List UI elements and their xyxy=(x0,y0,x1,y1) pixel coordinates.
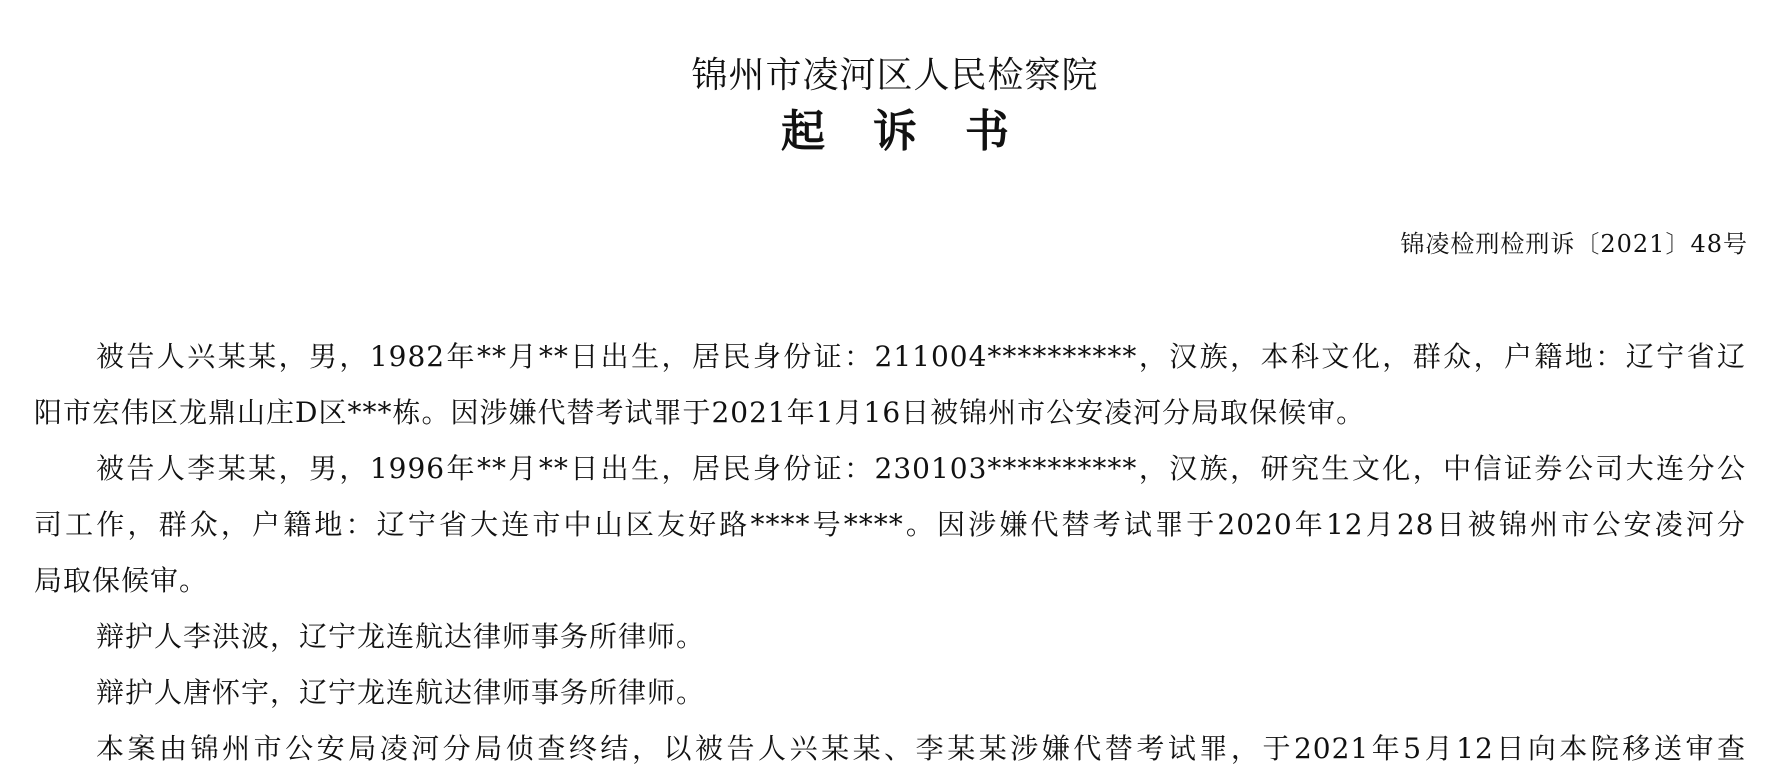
paragraph-defender-2: 辩护人唐怀宇，辽宁龙连航达律师事务所律师。 xyxy=(34,665,1746,721)
text-line: 被告人兴某某，男，1982年**月**日出生，居民身份证：211004*****… xyxy=(34,329,1746,385)
organization-name: 锦州市凌河区人民检察院 xyxy=(0,52,1790,100)
paragraph-defendant-1: 被告人兴某某，男，1982年**月**日出生，居民身份证：211004*****… xyxy=(34,329,1746,441)
text-line: 辩护人唐怀宇，辽宁龙连航达律师事务所律师。 xyxy=(34,665,1746,721)
paragraph-defender-1: 辩护人李洪波，辽宁龙连航达律师事务所律师。 xyxy=(34,609,1746,665)
case-number: 锦凌检刑检刑诉〔2021〕48号 xyxy=(1400,228,1748,260)
text-line: 局取保候审。 xyxy=(34,553,1746,609)
text-line: 本案由锦州市公安局凌河分局侦查终结，以被告人兴某某、李某某涉嫌代替考试罪，于20… xyxy=(34,721,1746,777)
paragraph-defendant-2: 被告人李某某，男，1996年**月**日出生，居民身份证：230103*****… xyxy=(34,441,1746,609)
text-line: 辩护人李洪波，辽宁龙连航达律师事务所律师。 xyxy=(34,609,1746,665)
text-line: 司工作，群众，户籍地：辽宁省大连市中山区友好路****号****。因涉嫌代替考试… xyxy=(34,497,1746,553)
text-line: 阳市宏伟区龙鼎山庄D区***栋。因涉嫌代替考试罪于2021年1月16日被锦州市公… xyxy=(34,385,1746,441)
text-line: 被告人李某某，男，1996年**月**日出生，居民身份证：230103*****… xyxy=(34,441,1746,497)
document-title: 起诉书 xyxy=(0,104,1790,160)
document-body: 被告人兴某某，男，1982年**月**日出生，居民身份证：211004*****… xyxy=(34,329,1746,777)
paragraph-case-history: 本案由锦州市公安局凌河分局侦查终结，以被告人兴某某、李某某涉嫌代替考试罪，于20… xyxy=(34,721,1746,777)
